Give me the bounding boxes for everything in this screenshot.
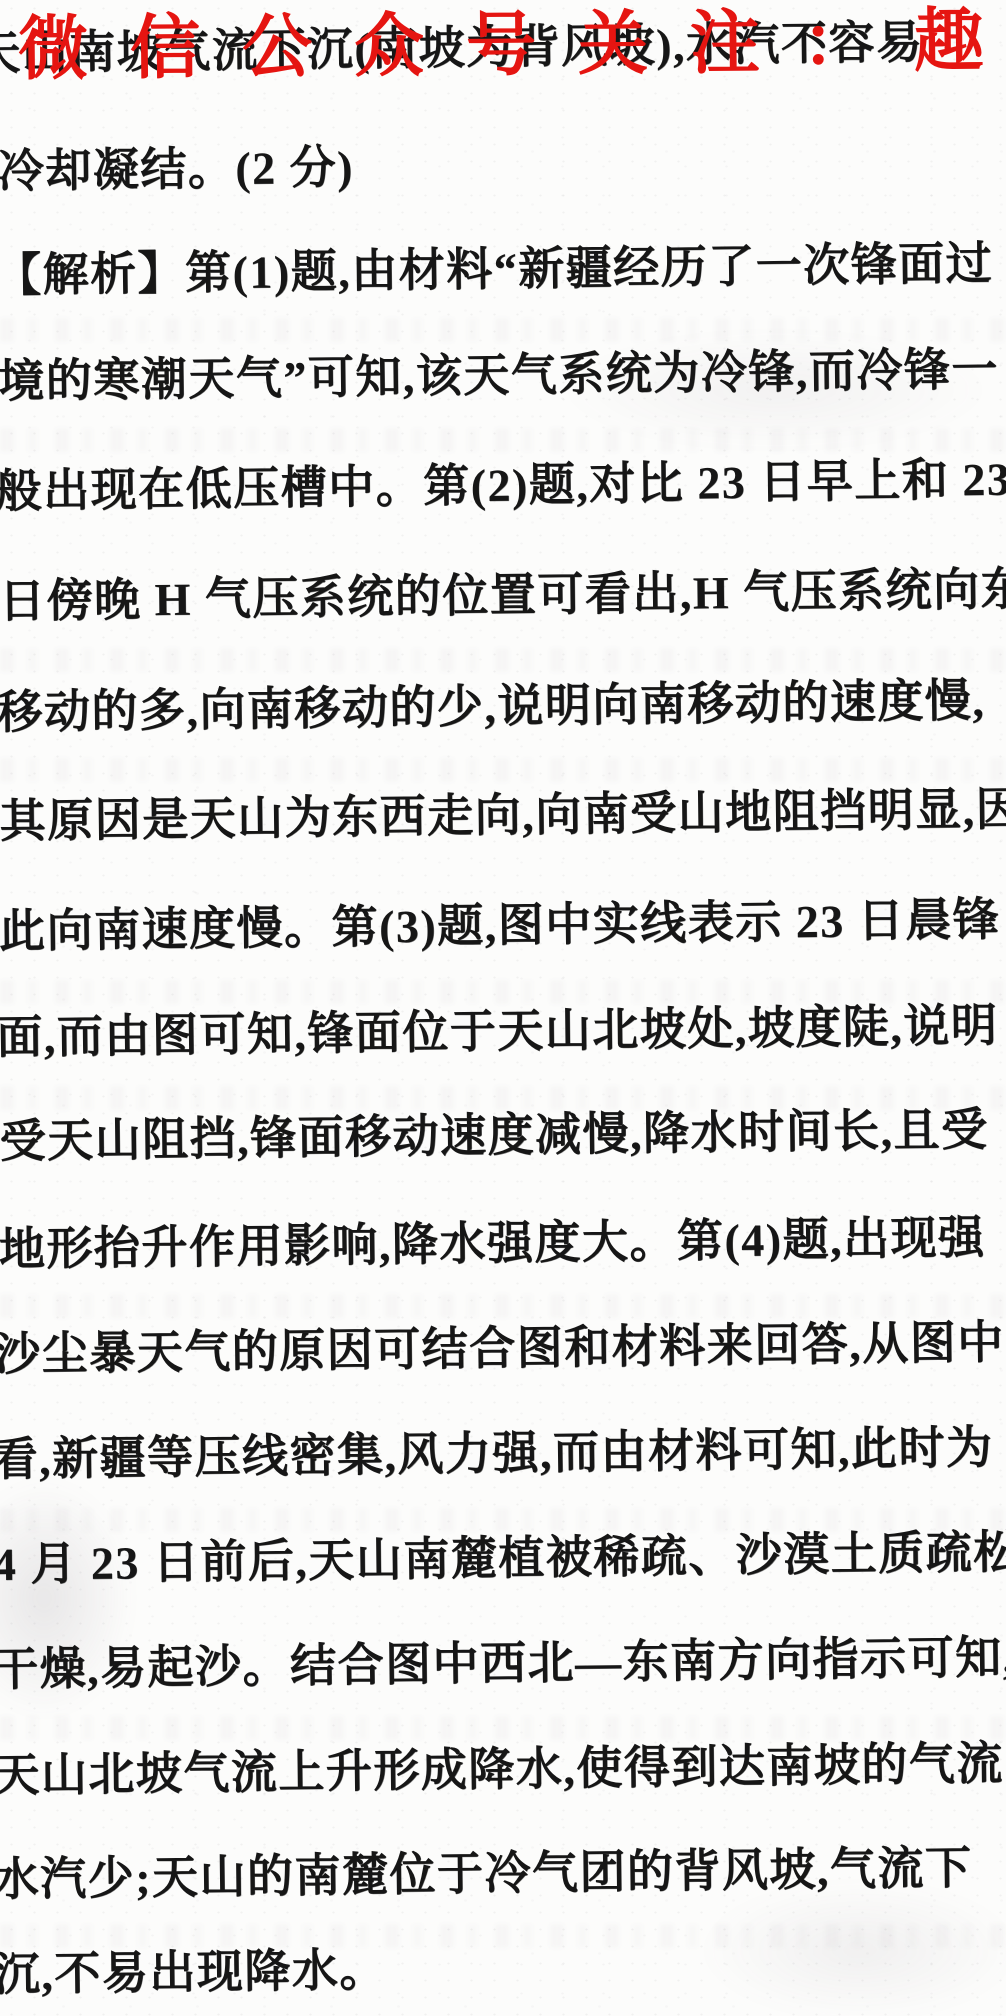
watermark-text: 微信公众号关注：趣找答案 — [18, 0, 1006, 86]
text-line-15: 4 月 23 日前后,天山南麓植被稀疏、沙漠土质疏松 — [0, 1527, 1006, 1592]
text-line-12: 地形抬升作用影响,降水强度大。第(4)题,出现强 — [0, 1212, 986, 1276]
text-line-9: 此向南速度慢。第(3)题,图中实线表示 23 日晨锋 — [0, 894, 1000, 958]
scanned-document-page: 天山南坡气流下沉(南坡为背风坡),水汽不容易 冷却凝结。(2 分) 【解析】第(… — [0, 0, 1006, 2016]
text-line-7: 移动的多,向南移动的少,说明向南移动的速度慢, — [0, 675, 986, 739]
text-line-18: 水汽少;天山的南麓位于冷气团的背风坡,气流下 — [0, 1842, 973, 1906]
text-line-17: 天山北坡气流上升形成降水,使得到达南坡的气流 — [0, 1738, 1004, 1802]
text-line-19: 沉,不易出现降水。 — [0, 1944, 387, 2001]
text-line-8: 其原因是天山为东西走向,向南受山地阻挡明显,因 — [0, 783, 1006, 848]
text-line-14: 看,新疆等压线密集,风力强,而由材料可知,此时为 — [0, 1422, 994, 1486]
text-line-13: 沙尘暴天气的原因可结合图和材料来回答,从图中 — [0, 1317, 1005, 1381]
text-line-11: 受天山阻挡,锋面移动速度减慢,降水时间长,且受 — [0, 1104, 989, 1168]
text-line-10: 面,而由图可知,锋面位于天山北坡处,坡度陡,说明 — [0, 1000, 999, 1064]
text-line-2: 冷却凝结。(2 分) — [0, 142, 354, 198]
text-line-4: 境的寒潮天气”可知,该天气系统为冷锋,而冷锋一 — [0, 344, 999, 408]
text-line-3: 【解析】第(1)题,由材料“新疆经历了一次锋面过 — [0, 238, 993, 302]
text-line-5: 般出现在低压槽中。第(2)题,对比 23 日早上和 23 — [0, 454, 1006, 518]
document-text-block: 天山南坡气流下沉(南坡为背风坡),水汽不容易 冷却凝结。(2 分) 【解析】第(… — [0, 0, 1006, 2016]
text-line-16: 干燥,易起沙。结合图中西北—东南方向指示可知, — [0, 1632, 1006, 1697]
text-line-6: 日傍晚 H 气压系统的位置可看出,H 气压系统向东 — [0, 563, 1006, 628]
